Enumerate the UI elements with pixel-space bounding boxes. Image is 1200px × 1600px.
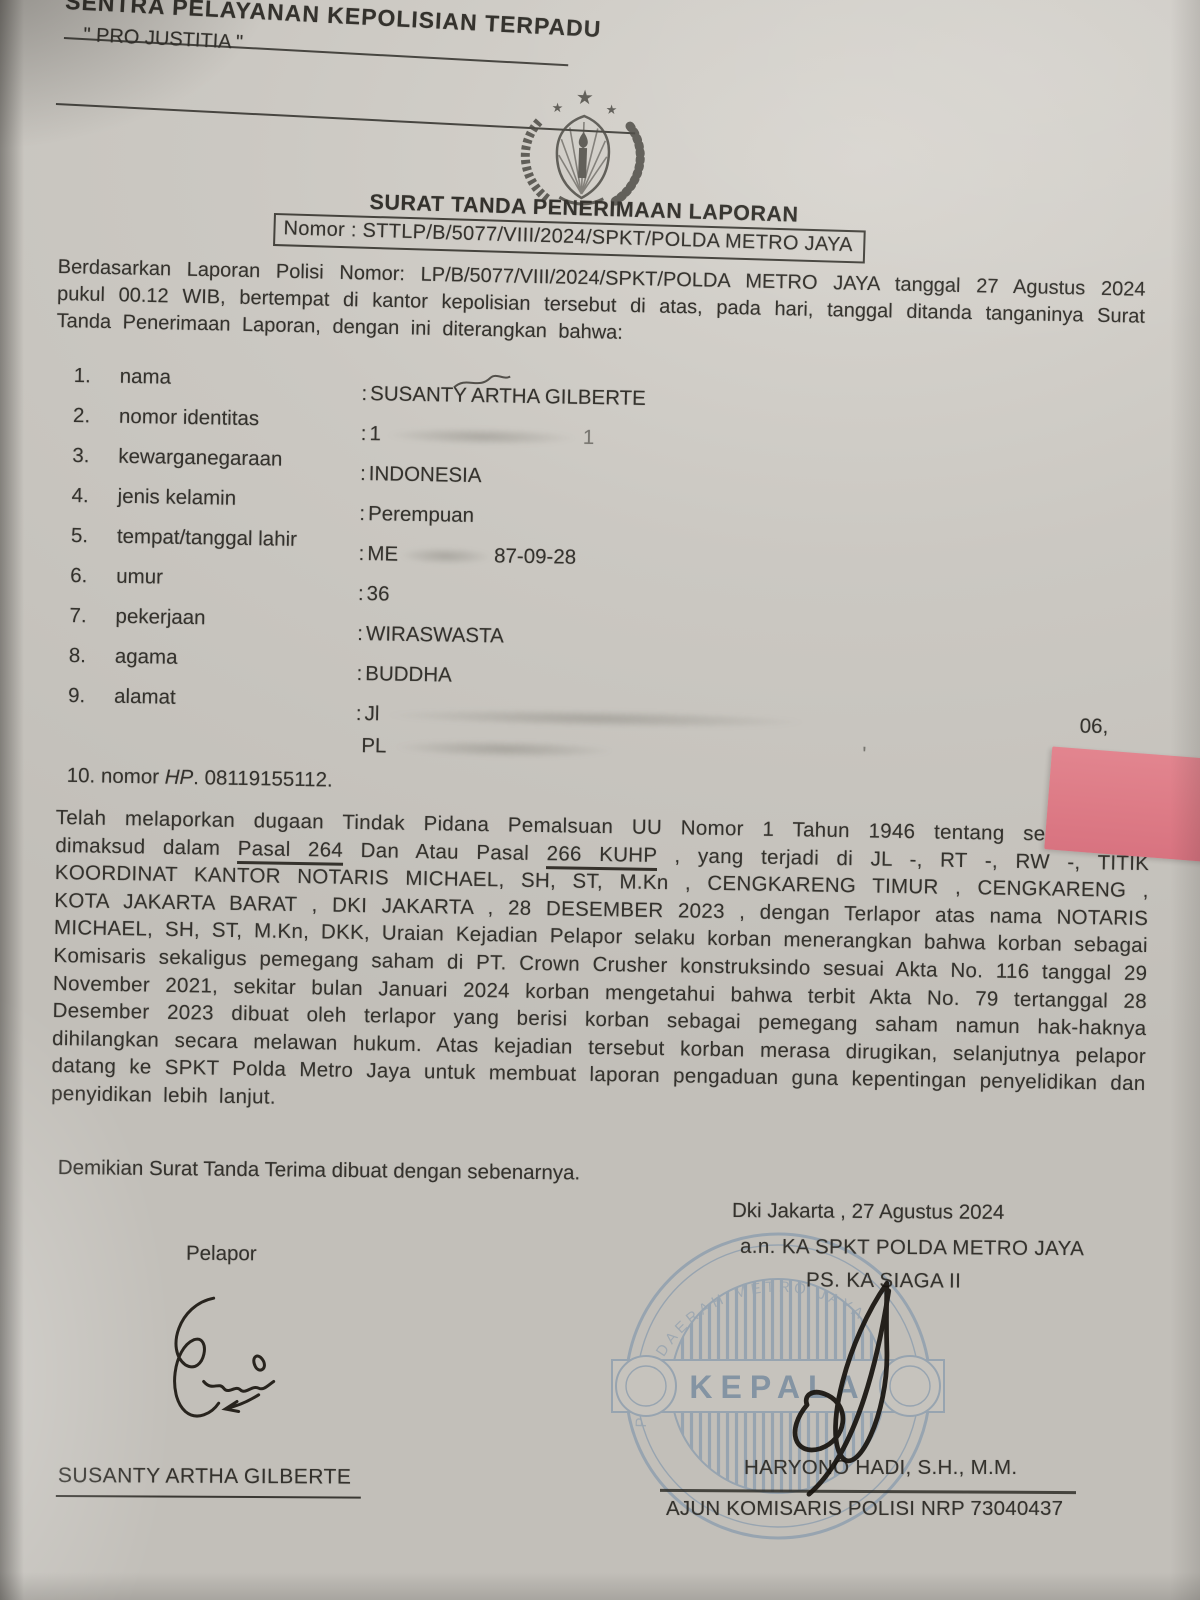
intro-paragraph: Berdasarkan Laporan Polisi Nomor: LP/B/5…	[56, 254, 1145, 358]
colon: :	[359, 502, 365, 525]
reporter-printed-name: SUSANTY ARTHA GILBERTE	[58, 1464, 352, 1489]
field-number: 3.	[72, 444, 90, 468]
phone-number: . 08119155112.	[193, 766, 333, 791]
field-label: jenis kelamin	[117, 485, 236, 511]
religion-value: BUDDHA	[365, 662, 452, 687]
field-number: 8.	[69, 644, 87, 668]
report-text: Dan Atau Pasal	[343, 838, 547, 864]
field-label: nomor identitas	[119, 405, 260, 431]
field-value: :Perempuan	[359, 502, 474, 528]
address-fragment: Jl	[364, 702, 379, 725]
field-label: umur	[116, 565, 163, 590]
birthdate-fragment: 87-09-28	[494, 544, 576, 568]
age-value: 36	[366, 582, 389, 605]
svg-text:★: ★	[605, 102, 617, 117]
field-number: 1.	[74, 364, 92, 388]
reporter-name: SUSANTY ARTHA GILBERTE	[56, 1464, 362, 1499]
pen-correction-scribble	[452, 371, 512, 397]
colon: :	[358, 542, 364, 565]
address-line2: PL'	[361, 734, 866, 767]
report-text: , yang terjadi di JL -, RT -, RW -, TITI…	[51, 844, 1149, 1109]
redaction-smudge	[400, 547, 492, 566]
colon: :	[356, 662, 362, 685]
field-value: :INDONESIA	[360, 462, 482, 488]
redaction-smudge	[394, 739, 614, 760]
address-right-fragment: 06,	[1080, 715, 1109, 739]
address-line2-mark: '	[862, 743, 866, 766]
id-number-faint-digit: 1	[583, 426, 595, 449]
officer-signature	[746, 1270, 946, 1503]
reporter-signature	[142, 1288, 292, 1435]
field-number: 9.	[68, 684, 86, 708]
closing-line: Demikian Surat Tanda Terima dibuat denga…	[58, 1156, 581, 1185]
pink-sticky-note	[1044, 746, 1200, 862]
field-value: :11	[361, 422, 595, 450]
field-label: agama	[115, 645, 178, 670]
underlined-pasal-264: Pasal 264	[238, 837, 344, 866]
colon: :	[361, 422, 367, 445]
underlined-pasal-266-kuhp: 266 KUHP	[546, 842, 657, 871]
field-label: kewarganegaraan	[118, 445, 283, 472]
field-value: :WIRASWASTA	[357, 622, 504, 649]
colon: :	[357, 622, 363, 645]
motto-pro-justitia: " PRO JUSTITIA "	[83, 24, 244, 55]
colon: :	[356, 702, 362, 725]
svg-text:★: ★	[551, 100, 563, 115]
field-label: alamat	[114, 685, 176, 710]
gender-value: Perempuan	[368, 502, 474, 527]
field-value: :BUDDHA	[356, 662, 452, 688]
field-label: pekerjaan	[115, 605, 205, 631]
svg-text:★: ★	[575, 87, 594, 110]
place-date-line: Dki Jakarta , 27 Agustus 2024	[732, 1199, 1005, 1225]
address-line2-fragment: PL	[361, 734, 386, 757]
on-behalf-line: a.n. KA SPKT POLDA METRO JAYA	[740, 1235, 1084, 1261]
scanned-police-report-photo: SENTRA PELAYANAN KEPOLISIAN TERPADU " PR…	[0, 0, 1200, 1600]
reporter-label: Pelapor	[186, 1242, 257, 1266]
occupation-value: WIRASWASTA	[366, 622, 504, 647]
birthplace-fragment: ME	[367, 542, 398, 566]
field-label: nama	[120, 365, 172, 390]
field-number: 6.	[70, 564, 88, 588]
field-label: tempat/tanggal lahir	[117, 525, 297, 552]
report-paragraph: Telah melaporkan dugaan Tindak Pidana Pe…	[51, 804, 1150, 1126]
field-number: 7.	[69, 604, 87, 628]
field-number: 2.	[73, 404, 91, 428]
phone-hp-label: HP	[165, 766, 194, 789]
redaction-smudge	[387, 427, 577, 447]
citizenship-value: INDONESIA	[369, 462, 482, 487]
redaction-smudge	[385, 707, 805, 731]
field-value: :ME87-09-28	[358, 542, 576, 570]
field-number: 5.	[71, 524, 89, 548]
field-value: :36	[358, 582, 390, 607]
phone-prefix: 10. nomor	[67, 764, 165, 789]
colon: :	[358, 582, 364, 605]
identity-fields-list: 1. nama :SUSANTY ARTHA GILBERTE 2. nomor…	[67, 360, 1154, 807]
id-number-fragment: 1	[369, 422, 381, 445]
colon: :	[360, 462, 366, 485]
field-value: :Jl	[356, 702, 812, 734]
colon: :	[361, 382, 367, 405]
field-number: 4.	[71, 484, 89, 508]
